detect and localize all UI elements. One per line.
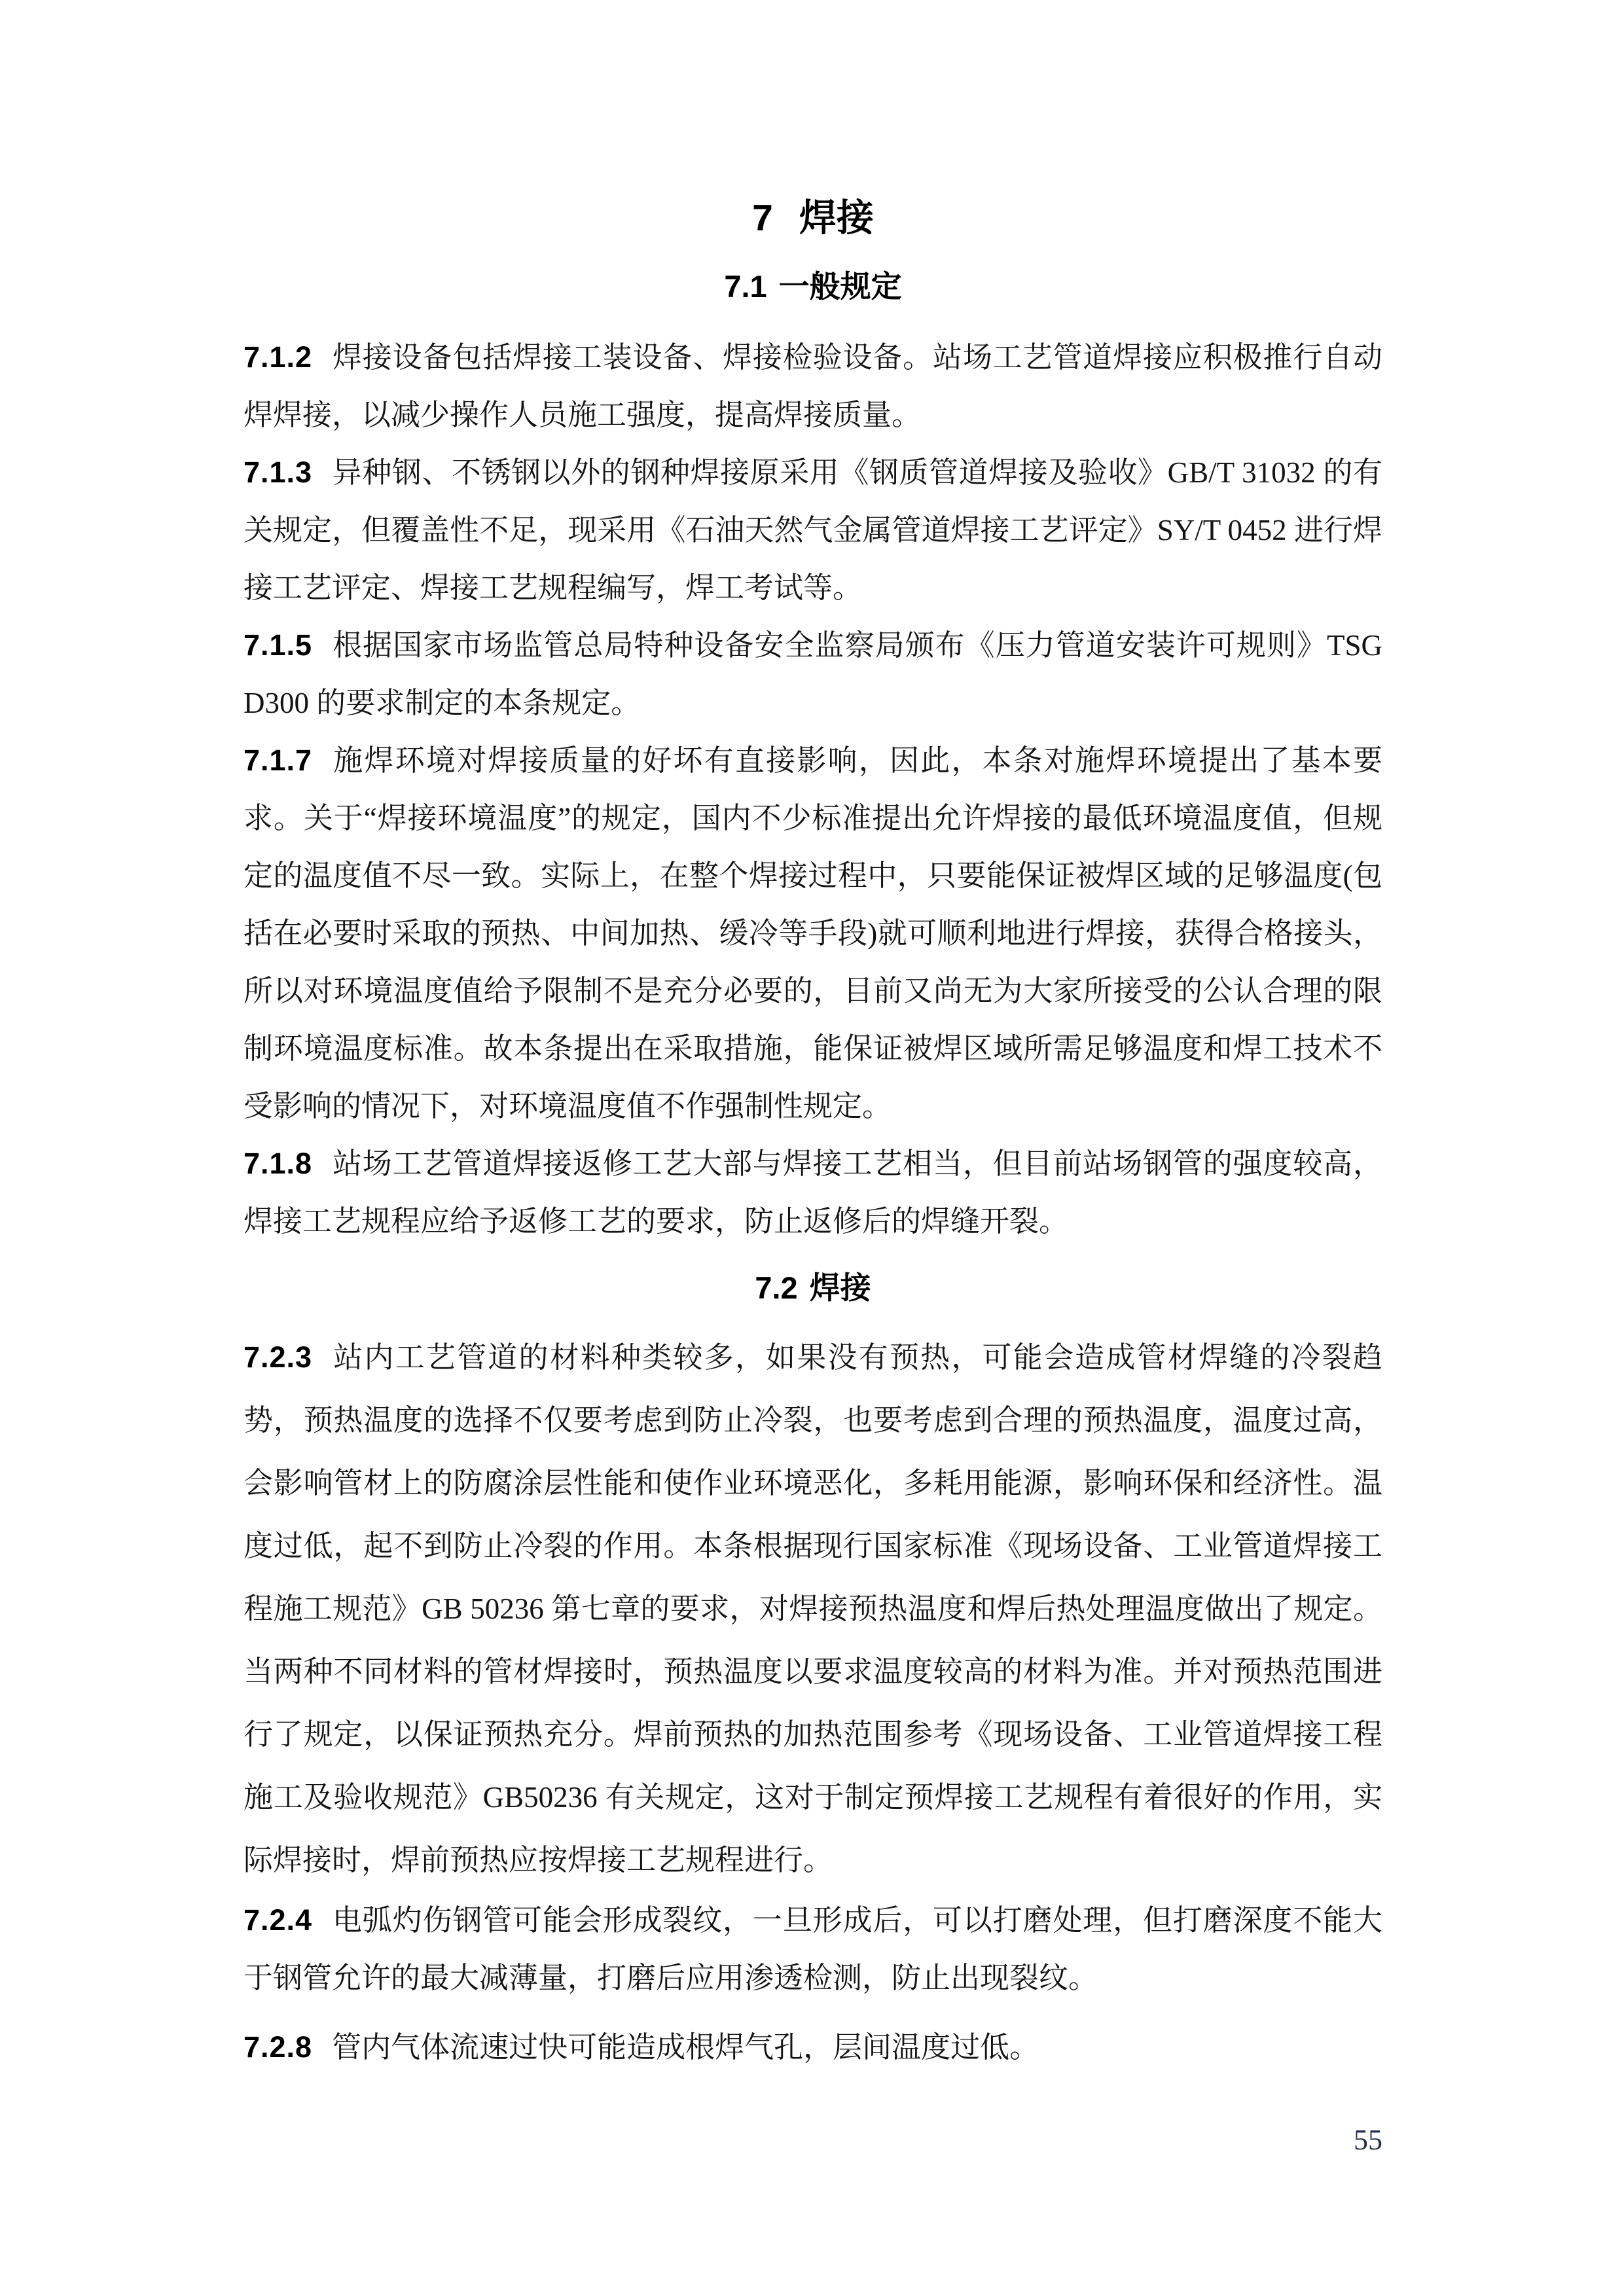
section-heading-7-1: 7.1一般规定 bbox=[244, 268, 1382, 305]
clause-7-1-2: 7.1.2焊接设备包括焊接工装设备、焊接检验设备。站场工艺管道焊接应积极推行自动… bbox=[244, 329, 1382, 444]
section-heading-7-2: 7.2焊接 bbox=[244, 1270, 1382, 1306]
clause-text: 站内工艺管道的材料种类较多，如果没有预热，可能会造成管材焊缝的冷裂趋势，预热温度… bbox=[244, 1341, 1382, 1876]
clause-7-1-3: 7.1.3异种钢、不锈钢以外的钢种焊接原采用《钢质管道焊接及验收》GB/T 31… bbox=[244, 444, 1382, 617]
clause-7-2-3: 7.2.3站内工艺管道的材料种类较多，如果没有预热，可能会造成管材焊缝的冷裂趋势… bbox=[244, 1326, 1382, 1892]
clause-number: 7.2.4 bbox=[244, 1903, 312, 1937]
section-label: 焊接 bbox=[810, 1270, 871, 1305]
clause-text: 站场工艺管道焊接返修工艺大部与焊接工艺相当，但目前站场钢管的强度较高，焊接工艺规… bbox=[244, 1147, 1382, 1238]
chapter-title: 7焊接 bbox=[244, 196, 1382, 240]
clause-7-1-7: 7.1.7施焊环境对焊接质量的好坏有直接影响，因此，本条对施焊环境提出了基本要求… bbox=[244, 732, 1382, 1135]
clause-7-2-4: 7.2.4电弧灼伤钢管可能会形成裂纹，一旦形成后，可以打磨处理，但打磨深度不能大… bbox=[244, 1892, 1382, 2007]
clause-text: 施焊环境对焊接质量的好坏有直接影响，因此，本条对施焊环境提出了基本要求。关于“焊… bbox=[244, 744, 1382, 1122]
section-number: 7.1 bbox=[724, 268, 767, 305]
clause-7-2-8: 7.2.8管内气体流速过快可能造成根焊气孔，层间温度过低。 bbox=[244, 2018, 1382, 2076]
chapter-title-text: 焊接 bbox=[799, 197, 874, 239]
clause-number: 7.1.7 bbox=[244, 744, 312, 777]
clause-number: 7.2.8 bbox=[244, 2030, 312, 2064]
clause-number: 7.2.3 bbox=[244, 1340, 312, 1374]
clause-number: 7.1.8 bbox=[244, 1147, 312, 1180]
clause-number: 7.1.2 bbox=[244, 340, 312, 374]
clause-text: 焊接设备包括焊接工装设备、焊接检验设备。站场工艺管道焊接应积极推行自动焊焊接，以… bbox=[244, 341, 1382, 431]
section-number: 7.2 bbox=[755, 1270, 797, 1306]
document-page: 7焊接 7.1一般规定 7.1.2焊接设备包括焊接工装设备、焊接检验设备。站场工… bbox=[0, 0, 1624, 2296]
clause-text: 根据国家市场监管总局特种设备安全监察局颁布《压力管道安装许可规则》TSG D30… bbox=[244, 629, 1382, 719]
chapter-number: 7 bbox=[752, 196, 773, 240]
clause-number: 7.1.3 bbox=[244, 456, 312, 489]
clause-7-1-5: 7.1.5根据国家市场监管总局特种设备安全监察局颁布《压力管道安装许可规则》TS… bbox=[244, 617, 1382, 732]
clause-text: 电弧灼伤钢管可能会形成裂纹，一旦形成后，可以打磨处理，但打磨深度不能大于钢管允许… bbox=[244, 1904, 1382, 1994]
clause-number: 7.1.5 bbox=[244, 628, 312, 662]
clause-text: 异种钢、不锈钢以外的钢种焊接原采用《钢质管道焊接及验收》GB/T 31032 的… bbox=[244, 456, 1382, 604]
page-content: 7焊接 7.1一般规定 7.1.2焊接设备包括焊接工装设备、焊接检验设备。站场工… bbox=[0, 0, 1624, 2076]
clause-text: 管内气体流速过快可能造成根焊气孔，层间温度过低。 bbox=[332, 2031, 1039, 2064]
section-label: 一般规定 bbox=[779, 269, 902, 304]
page-number: 55 bbox=[1354, 2124, 1382, 2157]
clause-7-1-8: 7.1.8站场工艺管道焊接返修工艺大部与焊接工艺相当，但目前站场钢管的强度较高，… bbox=[244, 1135, 1382, 1250]
